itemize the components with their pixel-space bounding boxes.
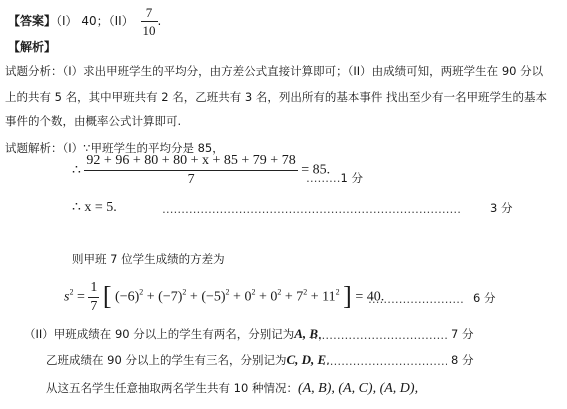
analysis-line-1: 试题分析：（I）求出甲班学生的平均分，由方差公式直接计算即可；（II）由成绩可知…: [5, 63, 543, 79]
mean-fraction: 92 + 96 + 80 + 80 + x + 85 + 79 + 78 7: [84, 154, 297, 187]
mean-denominator: 7: [84, 170, 297, 187]
math-pairs: (A, B), (A, C), (A, D),: [298, 381, 418, 396]
superscript: 2: [139, 288, 143, 297]
analysis-line-2: 上的共有 5 名，其中甲班共有 2 名，乙班共有 3 名，列出所有的基本事件 找…: [5, 89, 547, 105]
score-label: 8 分: [451, 353, 473, 367]
plus: +: [233, 290, 241, 305]
part2-line-3: 从这五名学生任意抽取两名学生共有 10 种情况：(A, B), (A, C), …: [46, 380, 418, 397]
mean-numerator: 92 + 96 + 80 + 80 + x + 85 + 79 + 78: [84, 154, 297, 170]
superscript: 2: [277, 288, 281, 297]
score-3: ……………………………………………………………………3 分: [162, 200, 512, 216]
superscript: 2: [182, 288, 186, 297]
part2-line-1: （II）甲班成绩在 90 分以上的学生有两名，分别记为A, B，: [24, 326, 330, 342]
leader-dots: ………: [306, 171, 341, 185]
one-seventh-fraction: 1 7: [88, 281, 99, 314]
therefore-symbol: ∴: [72, 163, 81, 178]
leader-dots: ………………………: [368, 292, 465, 306]
analysis-line-3: 事件的个数，由概率公式计算即可.: [5, 113, 181, 129]
superscript: 2: [69, 288, 73, 297]
left-bracket: [: [103, 282, 112, 311]
score-7: ………………………………………7 分: [310, 326, 473, 342]
x-equation: ∴ x = 5.: [72, 199, 117, 216]
variance-equation: s2 = 1 7 [ (−6)2 + (−7)2 + (−5)2 + 02 + …: [64, 281, 384, 314]
answer-label: 【答案】: [8, 14, 56, 28]
score-label: 3 分: [490, 201, 512, 215]
score-8: ………………………………………8 分: [322, 352, 473, 368]
part2-line-2: 乙班成绩在 90 分以上的学生有三名，分别记为C, D, E.: [46, 352, 330, 368]
plus: +: [147, 290, 155, 305]
leader-dots: ……………………………………………………………………: [162, 202, 486, 216]
plus: +: [190, 290, 198, 305]
score-label: 6 分: [473, 291, 495, 305]
math-CDE: C, D, E: [286, 352, 326, 367]
score-label: 7 分: [451, 327, 473, 341]
mean-equation: ∴ 92 + 96 + 80 + 80 + x + 85 + 79 + 78 7…: [72, 154, 330, 187]
fraction-denominator: 10: [141, 21, 158, 37]
answer-line: 【答案】（I） 40；（II） 7 10 .: [8, 6, 161, 37]
answer-fraction: 7 10: [141, 6, 158, 37]
right-bracket: ]: [343, 282, 352, 311]
x-equals: ∴ x = 5.: [72, 200, 117, 215]
term: 11: [322, 290, 335, 305]
term: (−6): [115, 290, 139, 305]
leader-dots: ………………………………………: [310, 328, 447, 342]
superscript: 2: [251, 288, 255, 297]
leader-dots: ………………………………………: [322, 354, 447, 368]
score-1: ………1 分: [306, 170, 363, 186]
superscript: 2: [336, 288, 340, 297]
part2-text: 乙班成绩在 90 分以上的学生有三名，分别记为: [46, 353, 286, 367]
part2-text: 从这五名学生任意抽取两名学生共有 10 种情况：: [46, 381, 298, 395]
analysis-label: 【解析】: [8, 38, 56, 55]
score-label: 1 分: [341, 171, 363, 185]
fraction-numerator: 1: [88, 281, 99, 297]
answer-end: .: [158, 14, 162, 28]
superscript: 2: [303, 288, 307, 297]
part2-text: （II）甲班成绩在 90 分以上的学生有两名，分别记为: [24, 327, 294, 341]
plus: +: [285, 290, 293, 305]
fraction-denominator: 7: [88, 297, 99, 314]
plus: +: [259, 290, 267, 305]
answer-text: （I） 40；（II）: [56, 14, 134, 28]
equals: =: [77, 290, 85, 305]
term: (−5): [201, 290, 225, 305]
term: (−7): [158, 290, 182, 305]
plus: +: [311, 290, 319, 305]
superscript: 2: [226, 288, 230, 297]
score-6: ………………………6 分: [368, 290, 495, 306]
fraction-numerator: 7: [141, 6, 158, 21]
variance-intro: 则甲班 7 位学生成绩的方差为: [72, 251, 225, 267]
